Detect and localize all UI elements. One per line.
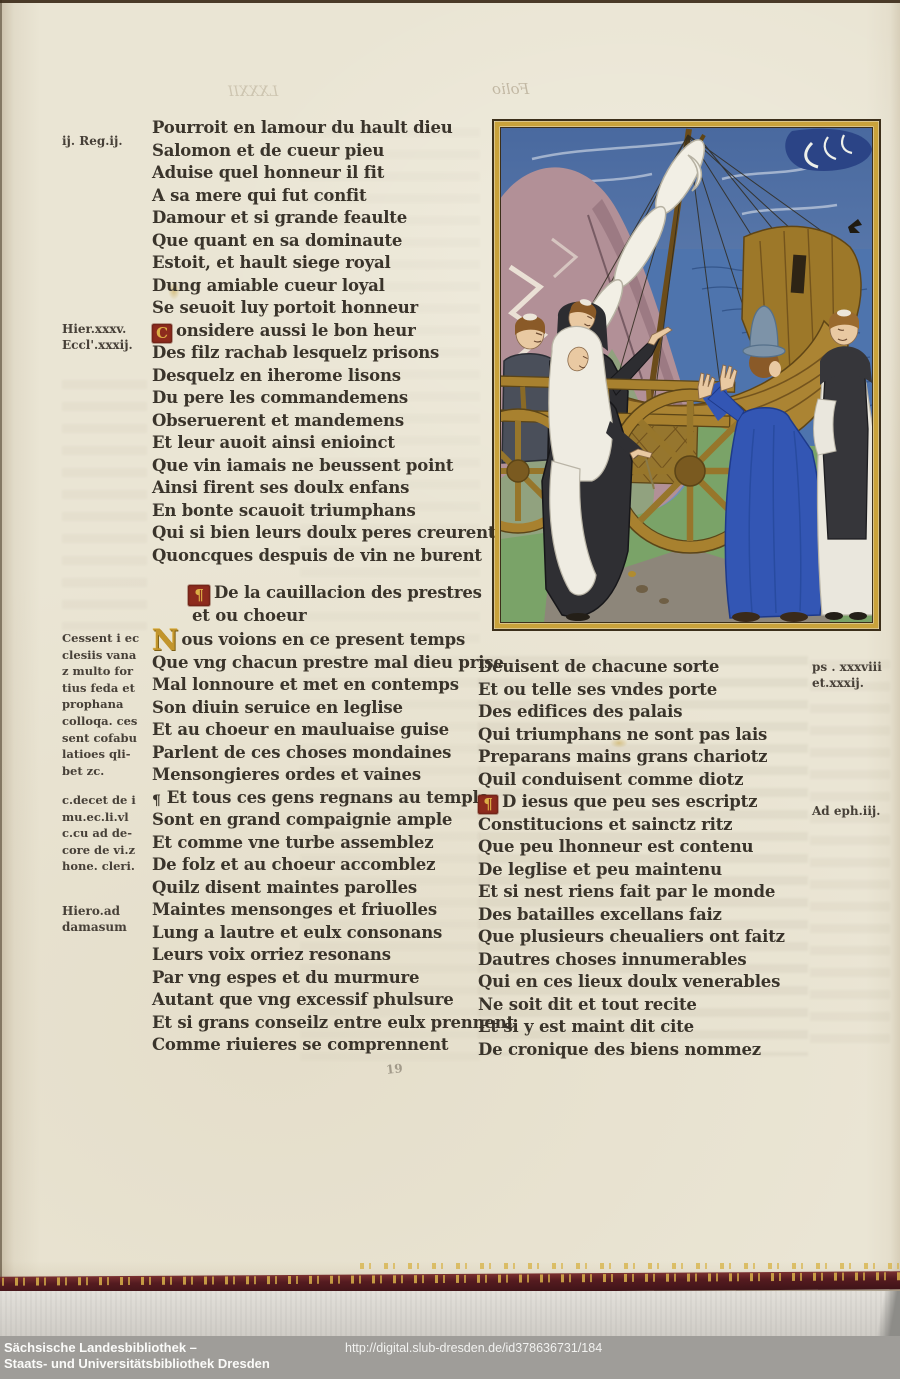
text-line: Nous voions en ce present temps (152, 629, 492, 652)
text-line: Mal lonnoure et met en contemps (152, 674, 492, 697)
text-line: Des batailles excellans faiz (478, 904, 808, 927)
text-line: Et comme vne turbe assemblez (152, 832, 492, 855)
verse-text: Desquelz en iherome lisons (152, 366, 401, 385)
verse-text: Preparans mains grans chariotz (478, 747, 767, 766)
margin-note-line: c.cu ad de- (62, 825, 136, 842)
text-line: Dung amiable cueur loyal (152, 275, 492, 298)
ghost-folio-label: Folio (492, 80, 529, 98)
verse-text: Sont en grand compaignie ample (152, 810, 452, 829)
verse-text: Ainsi firent ses doulx enfans (152, 478, 409, 497)
library-name: Sächsische Landesbibliothek – Staats- un… (4, 1340, 270, 1372)
text-line: Qui triumphans ne sont pas lais (478, 724, 808, 747)
verse-text: Salomon et de cueur pieu (152, 141, 384, 160)
text-line: En bonte scauoit triumphans (152, 500, 492, 523)
verse-text: A sa mere qui fut confit (152, 186, 366, 205)
text-line: Considere aussi le bon heur (152, 320, 492, 343)
text-line: ¶Et tous ces gens regnans au temple (152, 787, 492, 810)
margin-note-line: clesiis vana (62, 647, 139, 664)
margin-note-line: bet zc. (62, 763, 139, 780)
verse-text: Parlent de ces choses mondaines (152, 743, 451, 762)
text-line: Damour et si grande feaulte (152, 207, 492, 230)
verse-text: En bonte scauoit triumphans (152, 501, 416, 520)
rubric-paraph: ¶ (188, 585, 210, 606)
verse-text: Son diuin seruice en leglise (152, 698, 403, 717)
verse-text: Maintes mensonges et friuolles (152, 900, 437, 919)
text-line: Ne soit dit et tout recite (478, 994, 808, 1017)
margin-note-line: sent cofabu (62, 730, 139, 747)
text-line: Dautres choses innumerables (478, 949, 808, 972)
parchment-page: Folio LXXXII ij. Reg.ij. Hier.xxxv.Eccl'… (0, 0, 900, 1291)
verse-text: Et tous ces gens regnans au temple (167, 788, 489, 807)
text-line: Lung a lautre et eulx consonans (152, 922, 492, 945)
left-column-verse: Nous voions en ce present tempsQue vng c… (152, 629, 492, 1057)
verse-text: Constitucions et sainctz ritz (478, 815, 732, 834)
margin-note-line: hone. cleri. (62, 858, 136, 875)
verse-text: Damour et si grande feaulte (152, 208, 407, 227)
verse-text: Qui en ces lieux doulx venerables (478, 972, 780, 991)
verse-text: Des batailles excellans faiz (478, 905, 722, 924)
text-line: Leurs voix orriez resonans (152, 944, 492, 967)
heading-line: et ou choeur (188, 604, 508, 627)
quire-signature: 19 (385, 1061, 403, 1077)
verse-text: Mal lonnoure et met en contemps (152, 675, 459, 694)
verse-text: Estoit, et hault siege royal (152, 253, 391, 272)
margin-note: c.decet de imu.ec.li.vlc.cu ad de-core d… (62, 792, 136, 875)
verse-text: Que quant en sa dominaute (152, 231, 402, 250)
verse-text: Ne soit dit et tout recite (478, 995, 697, 1014)
margin-note: Hier.xxxv.Eccl'.xxxij. (62, 321, 133, 353)
margin-note-line: ps . xxxviii (812, 659, 882, 675)
verse-text: Des edifices des palais (478, 702, 682, 721)
margin-note-line: latioes qli- (62, 746, 139, 763)
verse-text: D iesus que peu ses escriptz (502, 792, 757, 811)
text-line: Comme riuieres se comprennent (152, 1034, 492, 1057)
verse-text: Que vin iamais ne beussent point (152, 456, 453, 475)
verse-text: De leglise et peu maintenu (478, 860, 722, 879)
verse-text: Qui si bien leurs doulx peres creurent (152, 523, 495, 542)
verse-text: De folz et au choeur accomblez (152, 855, 435, 874)
verse-text: Obseruerent et mandemens (152, 411, 404, 430)
text-line: Que peu lhonneur est contenu (478, 836, 808, 859)
text-line: Que plusieurs cheualiers ont faitz (478, 926, 808, 949)
text-line: Que vng chacun prestre mal dieu prise (152, 652, 492, 675)
text-line: Et si nest riens fait par le monde (478, 881, 808, 904)
text-line: De leglise et peu maintenu (478, 859, 808, 882)
fabric-shadow-corner (874, 1291, 900, 1336)
verse-text: Et comme vne turbe assemblez (152, 833, 433, 852)
text-line: Que quant en sa dominaute (152, 230, 492, 253)
text-line: Se seuoit luy portoit honneur (152, 297, 492, 320)
verse-text: Leurs voix orriez resonans (152, 945, 391, 964)
gold-tooling-dots (360, 1263, 900, 1269)
text-line: Estoit, et hault siege royal (152, 252, 492, 275)
margin-note-line: ij. Reg.ij. (62, 133, 123, 149)
verse-text: Lung a lautre et eulx consonans (152, 923, 442, 942)
text-line: Autant que vng excessif phulsure (152, 989, 492, 1012)
text-line: Sont en grand compaignie ample (152, 809, 492, 832)
verse-text: Mensongieres ordes et vaines (152, 765, 421, 784)
verse-text: Et si y est maint dit cite (478, 1017, 694, 1036)
text-line: Qui si bien leurs doulx peres creurent (152, 522, 492, 545)
margin-note: Hiero.addamasum (62, 903, 127, 935)
text-line: Et leur auoit ainsi enioinct (152, 432, 492, 455)
margin-note: ij. Reg.ij. (62, 133, 123, 149)
margin-note: ps . xxxviiiet.xxxij. (812, 659, 882, 691)
text-line: Constitucions et sainctz ritz (478, 814, 808, 837)
text-line: Mensongieres ordes et vaines (152, 764, 492, 787)
digital-object-url[interactable]: http://digital.slub-dresden.de/id3786367… (345, 1341, 602, 1355)
verse-text: Se seuoit luy portoit honneur (152, 298, 418, 317)
text-line: Et ou telle ses vndes porte (478, 679, 808, 702)
text-line: Des edifices des palais (478, 701, 808, 724)
verse-text: Dung amiable cueur loyal (152, 276, 385, 295)
verse-text: Quilz disent maintes parolles (152, 878, 417, 897)
text-line: Par vng espes et du murmure (152, 967, 492, 990)
text-line: Quoncques despuis de vin ne burent (152, 545, 492, 568)
verse-text: Des filz rachab lesquelz prisons (152, 343, 439, 362)
manuscript-scan: Folio LXXXII ij. Reg.ij. Hier.xxxv.Eccl'… (0, 0, 900, 1379)
margin-note-line: Eccl'.xxxij. (62, 337, 133, 353)
margin-note-line: tius feda et (62, 680, 139, 697)
margin-note-line: Hier.xxxv. (62, 321, 133, 337)
margin-note-line: core de vi.z (62, 842, 136, 859)
margin-note-line: mu.ec.li.vl (62, 809, 136, 826)
text-line: Des filz rachab lesquelz prisons (152, 342, 492, 365)
ghost-page-number: LXXXII (228, 84, 278, 100)
margin-note-line: c.decet de i (62, 792, 136, 809)
margin-note-line: Hiero.ad (62, 903, 127, 919)
margin-note-line: colloqa. ces (62, 713, 139, 730)
margin-note-line: prophana (62, 696, 139, 713)
margin-note-line: et.xxxij. (812, 675, 882, 691)
text-line: Obseruerent et mandemens (152, 410, 492, 433)
text-line: Son diuin seruice en leglise (152, 697, 492, 720)
verse-text: Quil conduisent comme diotz (478, 770, 743, 789)
text-line: Desquelz en iherome lisons (152, 365, 492, 388)
heading-line: ¶De la cauillacion des prestres (188, 581, 508, 604)
verse-text: Qui triumphans ne sont pas lais (478, 725, 767, 744)
verse-text: onsidere aussi le bon heur (176, 321, 416, 340)
verse-text: Par vng espes et du murmure (152, 968, 419, 987)
left-column-verse: Pourroit en lamour du hault dieuSalomon … (152, 117, 492, 567)
margin-note-line: Cessent i ec (62, 630, 139, 647)
text-line: Et si grans conseilz entre eulx prennent (152, 1012, 492, 1035)
margin-note-line: damasum (62, 919, 127, 935)
chapter-heading: ¶De la cauillacion des prestres et ou ch… (188, 581, 508, 627)
show-through-text (62, 380, 147, 630)
verse-text: Autant que vng excessif phulsure (152, 990, 454, 1009)
decorated-initial: N (152, 631, 178, 649)
verse-text: Pourroit en lamour du hault dieu (152, 118, 453, 137)
text-line: Salomon et de cueur pieu (152, 140, 492, 163)
text-line: Et au choeur en mauluaise guise (152, 719, 492, 742)
text-line: Et si y est maint dit cite (478, 1016, 808, 1039)
text-line: Maintes mensonges et friuolles (152, 899, 492, 922)
verse-text: Du pere les commandemens (152, 388, 408, 407)
verse-text: De cronique des biens nommez (478, 1040, 761, 1059)
miniature-illustration (492, 119, 881, 631)
text-line: De cronique des biens nommez (478, 1039, 808, 1062)
margin-note-line: Ad eph.iij. (812, 803, 880, 819)
text-line: Preparans mains grans chariotz (478, 746, 808, 769)
text-line: Deuisent de chacune sorte (478, 656, 808, 679)
text-line: Qui en ces lieux doulx venerables (478, 971, 808, 994)
verse-text: Et leur auoit ainsi enioinct (152, 433, 395, 452)
text-line: A sa mere qui fut confit (152, 185, 492, 208)
verse-text: Et si nest riens fait par le monde (478, 882, 775, 901)
decorated-initial: C (152, 324, 172, 343)
verse-text: Dautres choses innumerables (478, 950, 747, 969)
text-line: Du pere les commandemens (152, 387, 492, 410)
verse-text: Et au choeur en mauluaise guise (152, 720, 449, 739)
verse-text: Quoncques despuis de vin ne burent (152, 546, 482, 565)
verse-text: ous voions en ce present temps (181, 630, 465, 649)
text-line: Quilz disent maintes parolles (152, 877, 492, 900)
text-line: De folz et au choeur accomblez (152, 854, 492, 877)
verse-text: Et si grans conseilz entre eulx prennent (152, 1013, 514, 1032)
text-line: Pourroit en lamour du hault dieu (152, 117, 492, 140)
margin-note: Ad eph.iij. (812, 803, 880, 819)
text-line: Ainsi firent ses doulx enfans (152, 477, 492, 500)
verse-text: Que plusieurs cheualiers ont faitz (478, 927, 785, 946)
verse-text: Que peu lhonneur est contenu (478, 837, 753, 856)
text-line: Aduise quel honneur il fit (152, 162, 492, 185)
text-line: Que vin iamais ne beussent point (152, 455, 492, 478)
verse-text: Et ou telle ses vndes porte (478, 680, 717, 699)
decorated-initial: ¶ (478, 795, 498, 814)
margin-note-line: z multo for (62, 663, 139, 680)
verse-text: Aduise quel honneur il fit (152, 163, 384, 182)
text-line: Quil conduisent comme diotz (478, 769, 808, 792)
margin-note: Cessent i ecclesiis vanaz multo fortius … (62, 630, 139, 779)
text-line: ¶D iesus que peu ses escriptz (478, 791, 808, 814)
mount-fabric (0, 1291, 900, 1336)
library-name-line2: Staats- und Universitätsbibliothek Dresd… (4, 1356, 270, 1372)
right-column-verse: Deuisent de chacune sorteEt ou telle ses… (478, 656, 808, 1061)
text-line: Parlent de ces choses mondaines (152, 742, 492, 765)
show-through-text (810, 660, 890, 1050)
library-footer-bar: Sächsische Landesbibliothek – Staats- un… (0, 1336, 900, 1379)
verse-text: Que vng chacun prestre mal dieu prise (152, 653, 504, 672)
library-name-line1: Sächsische Landesbibliothek – (4, 1340, 270, 1356)
verse-text: Comme riuieres se comprennent (152, 1035, 448, 1054)
verse-text: Deuisent de chacune sorte (478, 657, 719, 676)
